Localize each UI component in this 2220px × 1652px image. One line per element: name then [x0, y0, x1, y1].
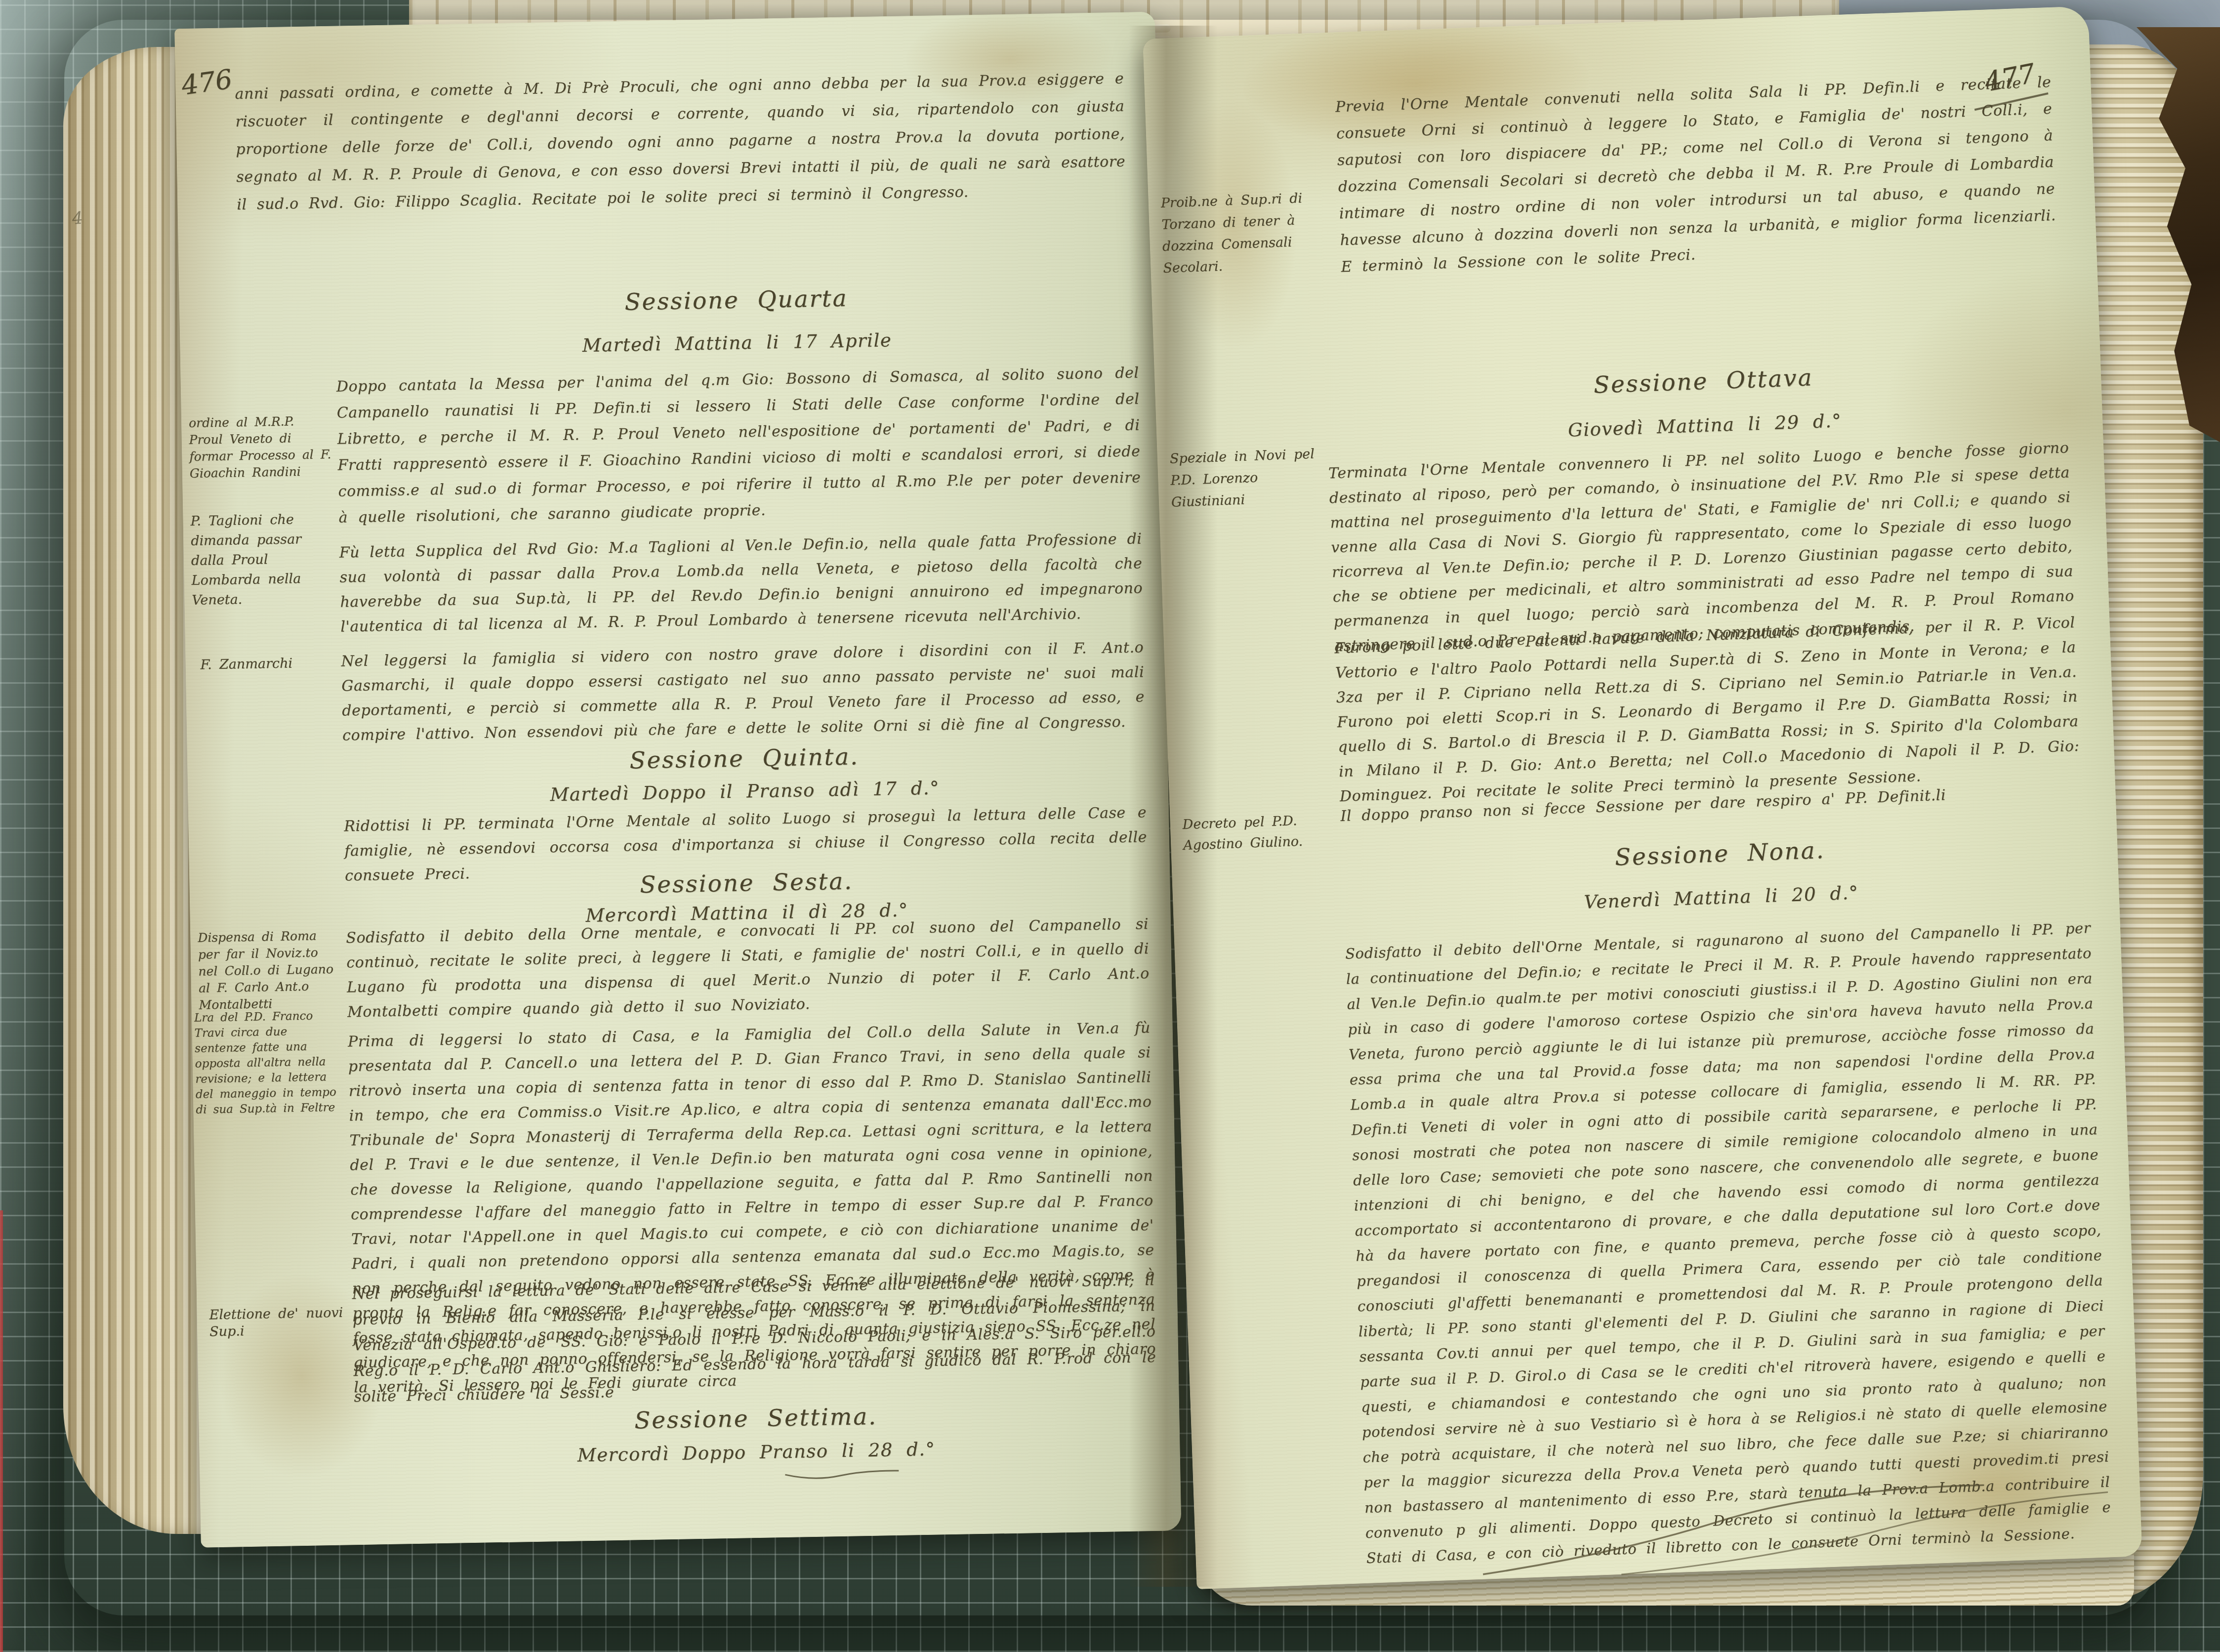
session-heading: Sessione Nona.: [1361, 828, 2078, 880]
session-heading: Sessione Quarta: [335, 280, 1138, 321]
page-number-left: 476: [179, 63, 234, 101]
book-gutter-shadow: [1129, 26, 1218, 1587]
paragraph: anni passati ordina, e comette à M. Di P…: [235, 65, 1126, 219]
margin-note: Lra del P.D. Franco Travi circa due sent…: [194, 1008, 344, 1118]
session-heading: Sessione Ottava: [1345, 355, 2062, 408]
session-date: Mercordì Doppo Pranso li 28 d.°: [355, 1435, 1158, 1470]
margin-note: ordine al M.R.P. Proul Veneto di formar …: [189, 413, 333, 482]
margin-note: Dispensa di Roma per far il Noviz.to nel…: [198, 927, 342, 1014]
paragraph: Sodisfatto il debito dell'Orne Mentale, …: [1345, 915, 2112, 1571]
margin-note: Elettione de' nuovi Sup.i: [209, 1305, 348, 1341]
session-date: Venerdì Mattina li 20 d.°: [1363, 874, 2080, 921]
paragraph: Fù letta Supplica del Rvd Gio: M.a Tagli…: [339, 527, 1143, 639]
paragraph: Nel proseguirsi la lettura de' Stati del…: [352, 1268, 1156, 1410]
margin-note: P. Taglioni che dimanda passar dalla Pro…: [190, 509, 335, 611]
paragraph: Doppo cantata la Messa per l'anima del q…: [336, 360, 1141, 531]
session-date: Martedì Mattina li 17 Aprile: [335, 325, 1139, 360]
partial-page-number-under-sheet: 4: [72, 209, 83, 227]
paragraph: Nel leggersi la famiglia si videro con n…: [341, 635, 1145, 748]
left-page: 476 anni passati ordina, e comette à M. …: [174, 12, 1181, 1548]
pen-flourish: [782, 1464, 901, 1481]
paragraph: Furono poi lette due Patenti havute dall…: [1334, 611, 2081, 809]
right-page: 477 Previa l'Orne Mentale convenuti nell…: [1143, 6, 2142, 1589]
paragraph: Previa l'Orne Mentale convenuti nella so…: [1335, 69, 2057, 281]
mat-red-guide-line: [0, 1210, 3, 1652]
manuscript-scan-scene: 4 476 anni passati ordina, e comette à M…: [0, 0, 2220, 1652]
paragraph: Sodisfatto il debito della Orne mentale,…: [346, 912, 1150, 1025]
margin-note: F. Zanmarchi: [200, 654, 344, 673]
